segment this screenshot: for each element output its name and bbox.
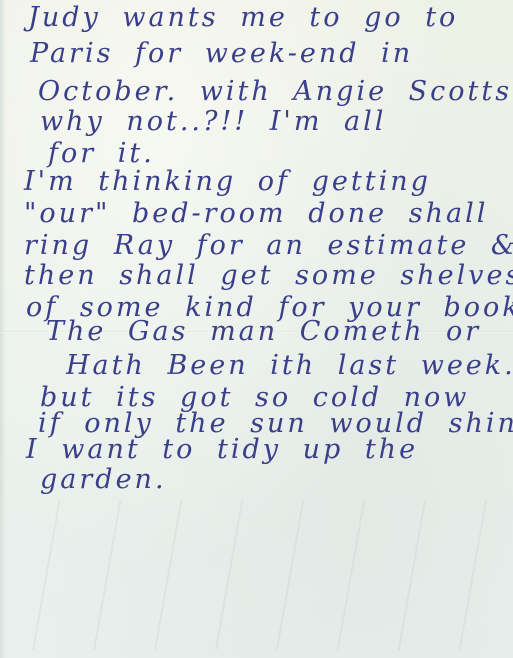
letter-line-1: Judy wants me to go to [28,4,458,31]
letter-line-16: garden. [40,466,167,493]
letter-line-7: "our" bed-room done shall [24,200,488,227]
letter-line-15: I want to tidy up the [26,436,418,463]
letter-line-3: October. with Angie Scotts Mum [38,78,513,105]
letter-line-4: why not..?!! I'm all [40,108,386,135]
letter-line-9: then shall get some shelves [24,262,513,289]
letter-line-11: The Gas man Cometh or [46,318,481,345]
letter-line-5: for it. [48,140,155,167]
letter-line-12: Hath Been ith last week. [66,352,513,379]
handwritten-letter-body: Judy wants me to go to Paris for week-en… [0,0,513,658]
letter-line-8: ring Ray for an estimate & [24,232,513,259]
letter-line-2: Paris for week-end in [30,40,413,67]
letter-line-14: if only the sun would shine [38,410,513,437]
letter-line-13: but its got so cold now [40,384,469,411]
letter-line-6: I'm thinking of getting [24,168,431,195]
